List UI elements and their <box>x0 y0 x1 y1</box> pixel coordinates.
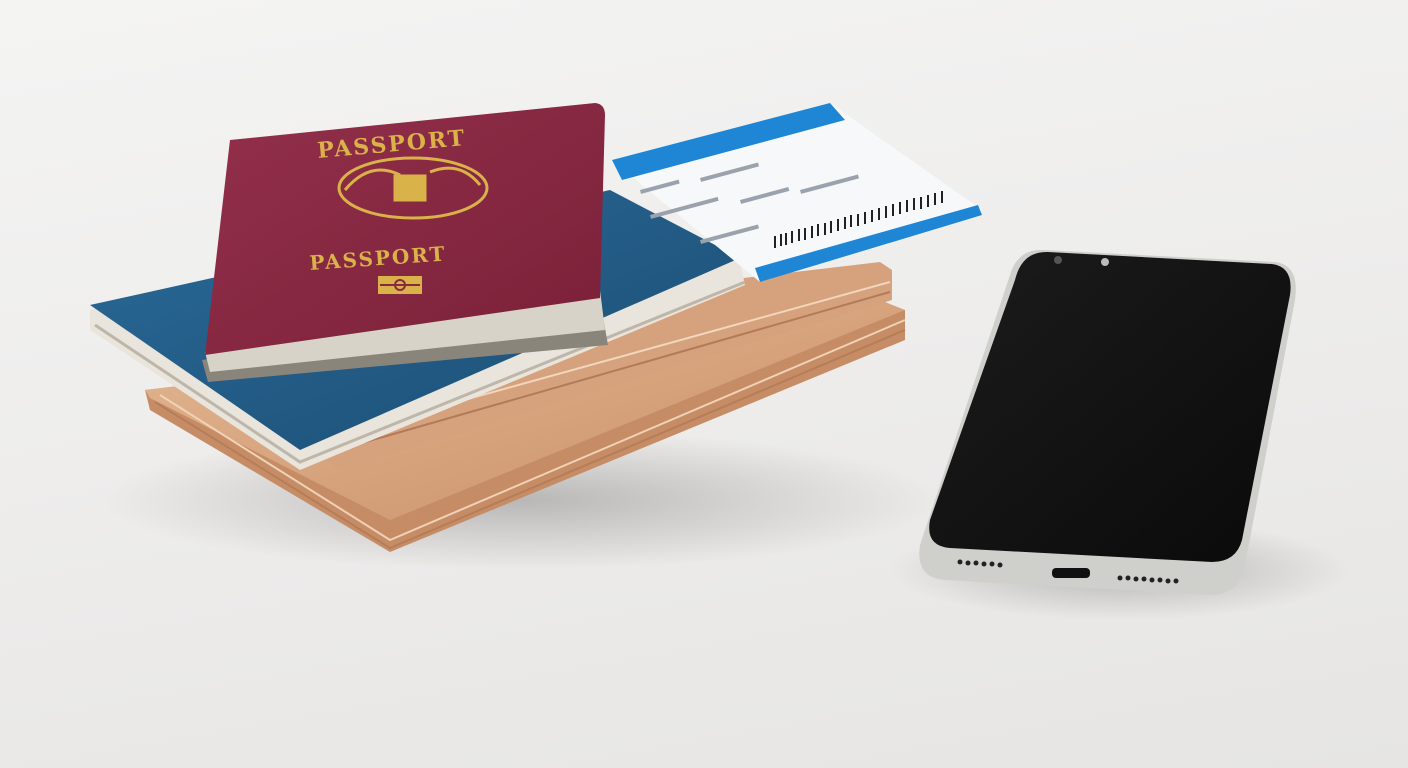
travel-documents-photo: PASSPORT PASSPORT <box>0 0 1408 768</box>
biometric-chip-icon <box>378 276 422 294</box>
charging-port <box>1052 568 1090 578</box>
front-camera-icon <box>1054 256 1062 264</box>
passport-burgundy: PASSPORT PASSPORT <box>202 103 608 382</box>
smartphone <box>919 250 1296 595</box>
photo-canvas: PASSPORT PASSPORT <box>0 0 1408 768</box>
